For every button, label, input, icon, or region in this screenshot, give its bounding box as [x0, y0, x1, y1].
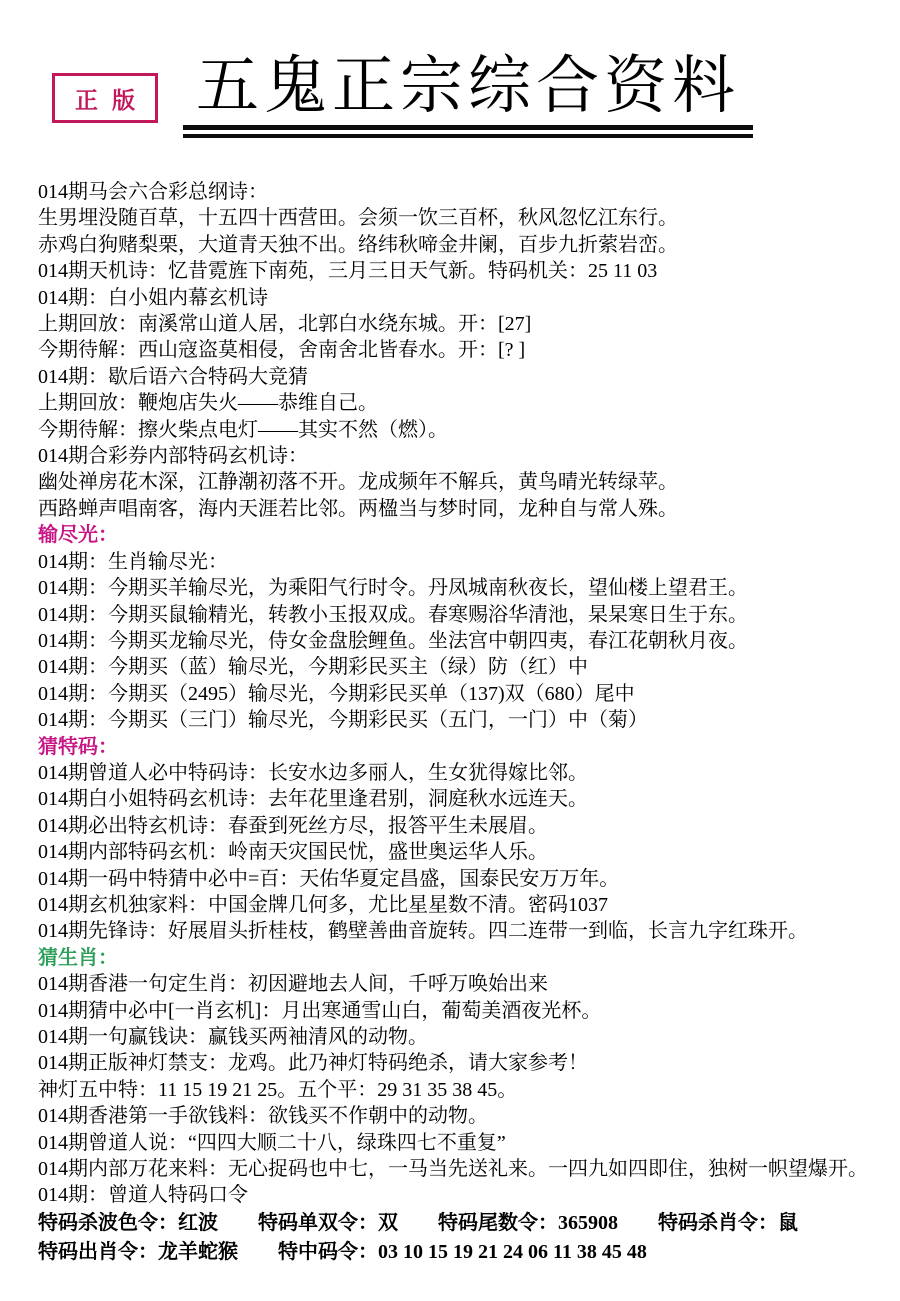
text-line: 输尽光：	[38, 522, 893, 548]
text-line: 014期：生肖输尽光：	[38, 549, 893, 575]
text-line: 014期：歇后语六合特码大竞猜	[38, 364, 893, 390]
text-line: 014期：曾道人特码口令	[38, 1182, 893, 1208]
title-block: 五鬼正宗综合资料	[183, 50, 753, 138]
text-line: 特码杀波色令：红波 特码单双令：双 特码尾数令：365908 特码杀肖令：鼠	[38, 1209, 893, 1238]
text-line: 014期：白小姐内幕玄机诗	[38, 285, 893, 311]
text-line: 014期一码中特猜中必中=百：天佑华夏定昌盛，国泰民安万万年。	[38, 866, 893, 892]
text-line: 014期一句赢钱诀：赢钱买两袖清风的动物。	[38, 1024, 893, 1050]
text-line: 014期曾道人必中特码诗：长安水边多丽人，生女犹得嫁比邻。	[38, 760, 893, 786]
text-line: 014期：今期买（2495）输尽光，今期彩民买单（137)双（680）尾中	[38, 681, 893, 707]
title-underline-bottom	[183, 134, 753, 138]
text-line: 猜生肖：	[38, 945, 893, 971]
text-line: 014期香港第一手欲钱料：欲钱买不作朝中的动物。	[38, 1103, 893, 1129]
text-line: 014期内部特码玄机：岭南天灾国民忧，盛世奥运华人乐。	[38, 839, 893, 865]
text-line: 014期：今期买（蓝）输尽光，今期彩民买主（绿）防（红）中	[38, 654, 893, 680]
text-line: 014期：今期买（三门）输尽光，今期彩民买（五门，一门）中（菊）	[38, 707, 893, 733]
text-line: 014期香港一句定生肖：初因避地去人间，千呼万唤始出来	[38, 971, 893, 997]
genuine-badge: 正版	[52, 73, 158, 123]
text-line: 014期合彩券内部特码玄机诗：	[38, 443, 893, 469]
text-line: 014期曾道人说：“四四大顺二十八，绿珠四七不重复”	[38, 1130, 893, 1156]
text-line: 西路蝉声唱南客，海内天涯若比邻。两楹当与梦时同，龙种自与常人殊。	[38, 496, 893, 522]
text-line: 今期待解：西山寇盗莫相侵，舍南舍北皆春水。开：[? ]	[38, 337, 893, 363]
text-line: 猜特码：	[38, 734, 893, 760]
genuine-badge-label: 正版	[75, 82, 149, 115]
text-line: 上期回放：鞭炮店失火——恭维自己。	[38, 390, 893, 416]
text-line: 014期猜中必中[一肖玄机]：月出寒通雪山白，葡萄美酒夜光杯。	[38, 998, 893, 1024]
text-line: 今期待解：擦火柴点电灯——其实不然（燃）。	[38, 417, 893, 443]
text-line: 014期白小姐特码玄机诗：去年花里逢君别，洞庭秋水远连天。	[38, 786, 893, 812]
text-line: 幽处禅房花木深，江静潮初落不开。龙成频年不解兵，黄鸟晴光转绿苹。	[38, 469, 893, 495]
text-line: 神灯五中特：11 15 19 21 25。五个平：29 31 35 38 45。	[38, 1077, 893, 1103]
text-line: 014期内部万花来料：无心捉码也中七，一马当先送礼来。一四九如四即住，独树一帜望…	[38, 1156, 893, 1182]
text-line: 014期必出特玄机诗：春蚕到死丝方尽，报答平生未展眉。	[38, 813, 893, 839]
text-line: 014期：今期买鼠输精光，转教小玉报双成。春寒赐浴华清池，杲杲寒日生于东。	[38, 602, 893, 628]
title-underline-top	[183, 125, 753, 130]
text-line: 014期马会六合彩总纲诗：	[38, 179, 893, 205]
text-line: 上期回放：南溪常山道人居，北郭白水绕东城。开：[27]	[38, 311, 893, 337]
text-line: 赤鸡白狗赌梨栗，大道青天独不出。络纬秋啼金井阑，百步九折萦岩峦。	[38, 232, 893, 258]
text-line: 特码出肖令：龙羊蛇猴 特中码令：03 10 15 19 21 24 06 11 …	[38, 1238, 893, 1267]
text-line: 014期先锋诗：好展眉头折桂枝，鹤壁善曲音旋转。四二连带一到临，长言九字红珠开。	[38, 918, 893, 944]
page-title: 五鬼正宗综合资料	[183, 50, 753, 122]
text-line: 014期：今期买龙输尽光，侍女金盘脍鲤鱼。坐法宫中朝四夷，春江花朝秋月夜。	[38, 628, 893, 654]
text-line: 014期：今期买羊输尽光，为乘阳气行时令。丹凤城南秋夜长，望仙楼上望君王。	[38, 575, 893, 601]
text-line: 生男埋没随百草，十五四十西营田。会须一饮三百杯，秋风忽忆江东行。	[38, 205, 893, 231]
text-line: 014期天机诗：忆昔霓旌下南苑，三月三日天气新。特码机关：25 11 03	[38, 258, 893, 284]
text-line: 014期玄机独家料：中国金牌几何多，尤比星星数不清。密码1037	[38, 892, 893, 918]
text-line: 014期正版神灯禁支：龙鸡。此乃神灯特码绝杀，请大家参考！	[38, 1050, 893, 1076]
lottery-info-text: 014期马会六合彩总纲诗：生男埋没随百草，十五四十西营田。会须一饮三百杯，秋风忽…	[38, 179, 893, 1267]
